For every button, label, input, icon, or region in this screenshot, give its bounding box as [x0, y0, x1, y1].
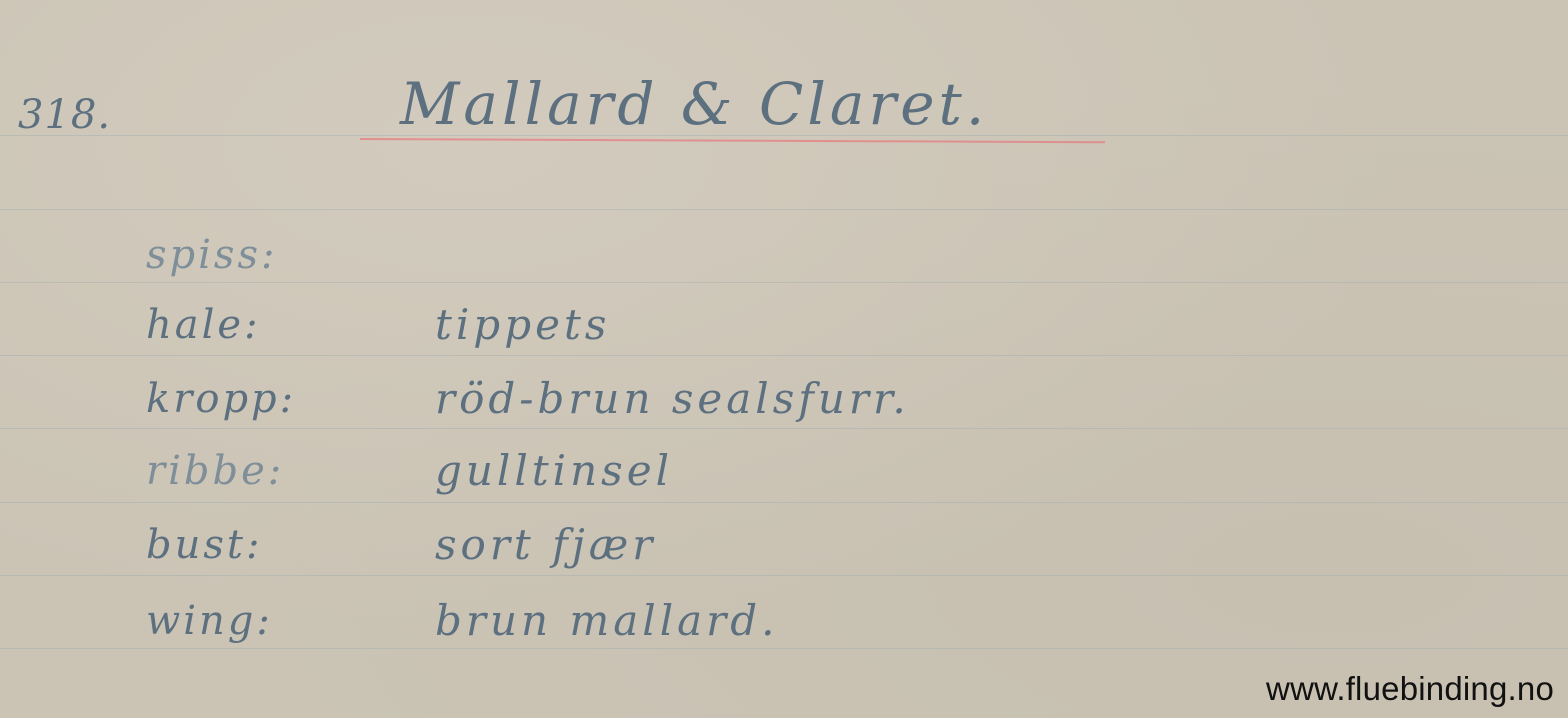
recipe-label-ribbe: ribbe:	[146, 448, 284, 494]
recipe-label-wing: wing:	[146, 598, 273, 644]
recipe-value-bust: sort fjær	[435, 520, 656, 569]
website-watermark: www.fluebinding.no	[1266, 670, 1554, 708]
recipe-value-hale: tippets	[435, 300, 610, 349]
recipe-value-kropp: röd-brun sealsfurr.	[435, 374, 910, 423]
entry-number: 318.	[18, 92, 111, 138]
ruled-line	[0, 575, 1568, 576]
recipe-label-bust: bust:	[146, 522, 262, 568]
title-underline	[360, 138, 1105, 143]
recipe-value-ribbe: gulltinsel	[435, 446, 673, 495]
recipe-label-hale: hale:	[146, 302, 261, 348]
recipe-value-wing: brun mallard.	[435, 596, 779, 645]
ruled-line	[0, 282, 1568, 283]
recipe-label-kropp: kropp:	[146, 376, 296, 422]
ruled-line	[0, 428, 1568, 429]
recipe-label-spiss: spiss:	[146, 232, 277, 278]
ruled-line	[0, 648, 1568, 649]
ruled-line	[0, 209, 1568, 210]
notebook-page: 318. Mallard & Claret. spiss: hale: tipp…	[0, 0, 1568, 718]
ruled-line	[0, 355, 1568, 356]
page-title: Mallard & Claret.	[400, 70, 988, 138]
ruled-line	[0, 502, 1568, 503]
